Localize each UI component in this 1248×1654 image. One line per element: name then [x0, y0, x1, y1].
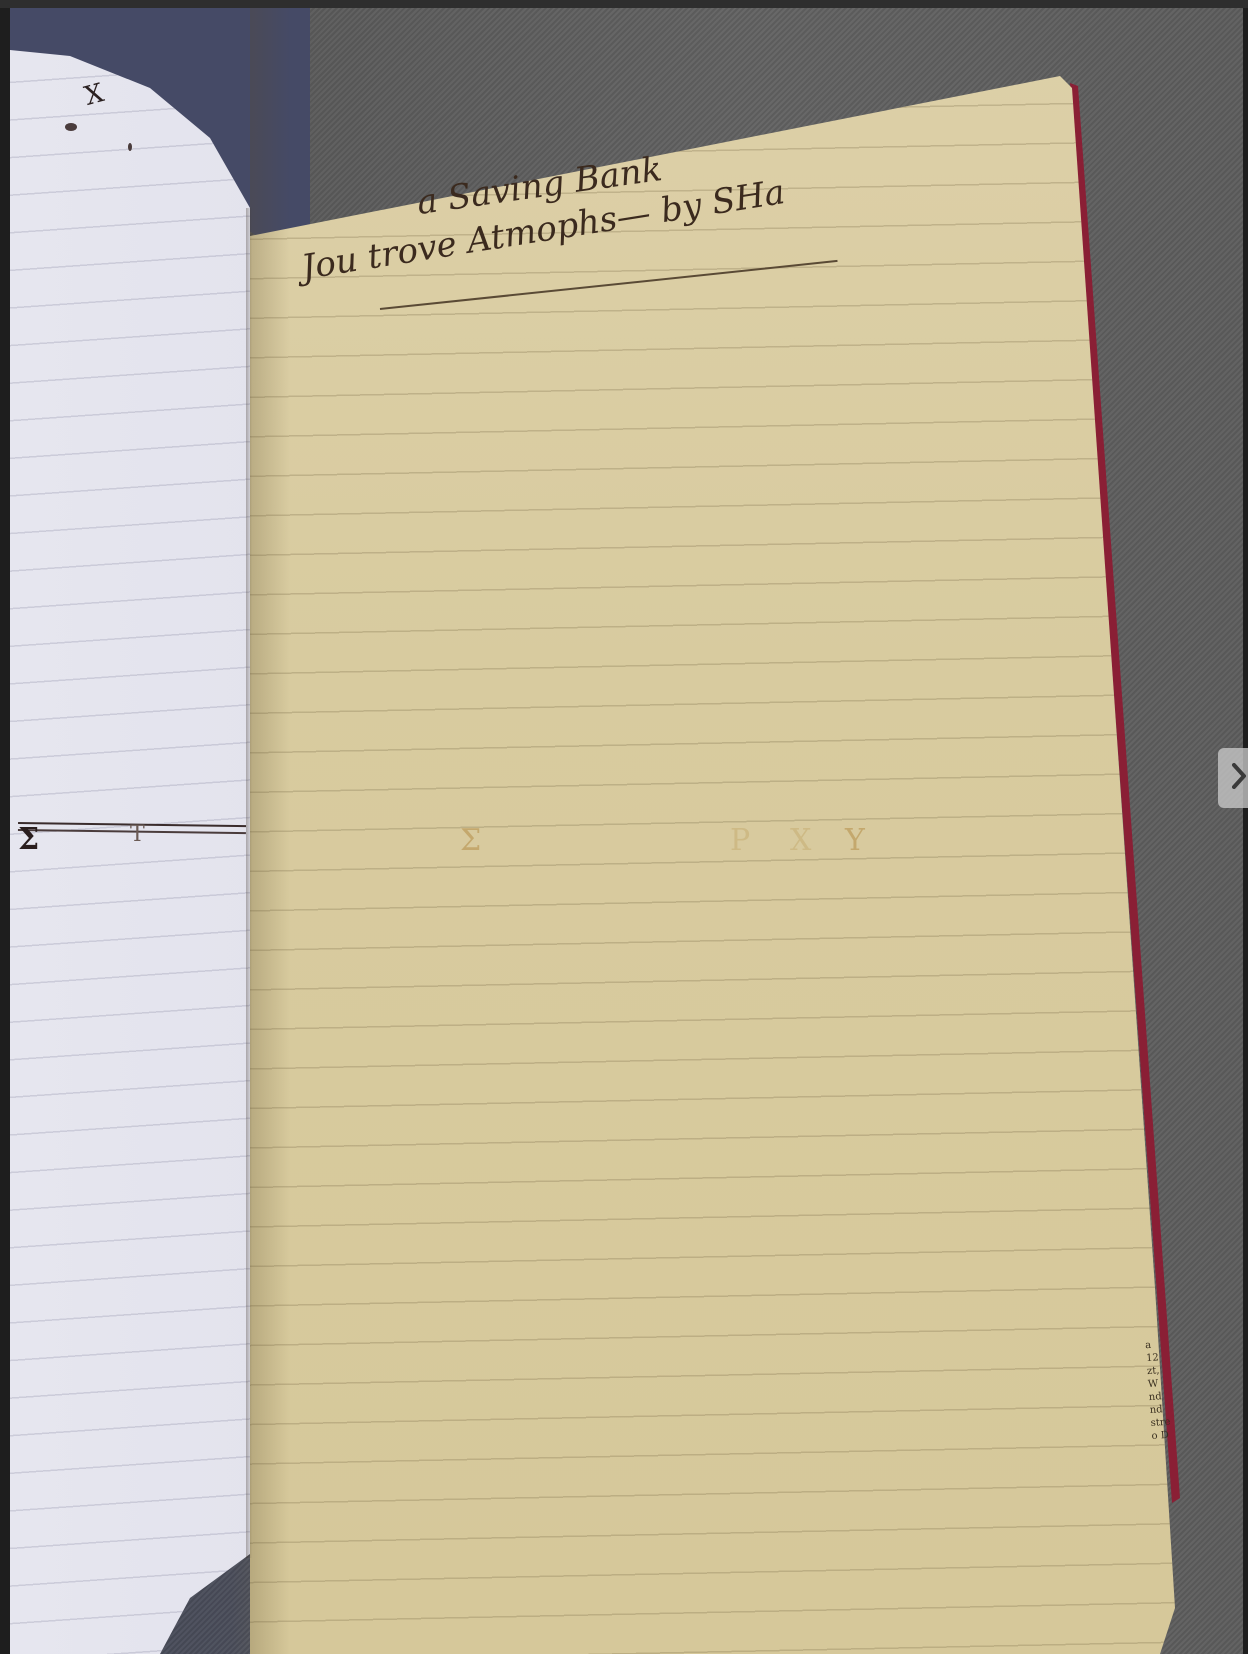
faint-letter: X	[790, 823, 813, 858]
next-image-button[interactable]	[1218, 748, 1248, 808]
chevron-right-icon	[1232, 763, 1246, 794]
left-page-section-header: Σ T	[18, 808, 250, 868]
ink-stain	[65, 123, 77, 131]
strip-text: o D	[1151, 1428, 1182, 1443]
section-letter-sigma: Σ	[18, 822, 39, 857]
viewer-top-bar	[0, 0, 1248, 8]
viewer-left-border	[0, 8, 10, 1654]
viewer-right-border	[1243, 8, 1248, 1654]
image-viewer-canvas: X Σ T a Saving Bank Jou trove Atmophs— b…	[10, 8, 1243, 1654]
page-gutter-shadow	[250, 8, 290, 1654]
faint-letter: Σ	[460, 823, 483, 858]
section-letter-t: T	[130, 822, 145, 847]
notebook-gutter	[246, 208, 252, 1558]
faint-letter: P	[730, 823, 752, 858]
faint-letter: Y	[845, 823, 867, 858]
ink-stain	[128, 143, 132, 151]
faint-show-through-letters: Σ P X Y	[460, 823, 1010, 863]
